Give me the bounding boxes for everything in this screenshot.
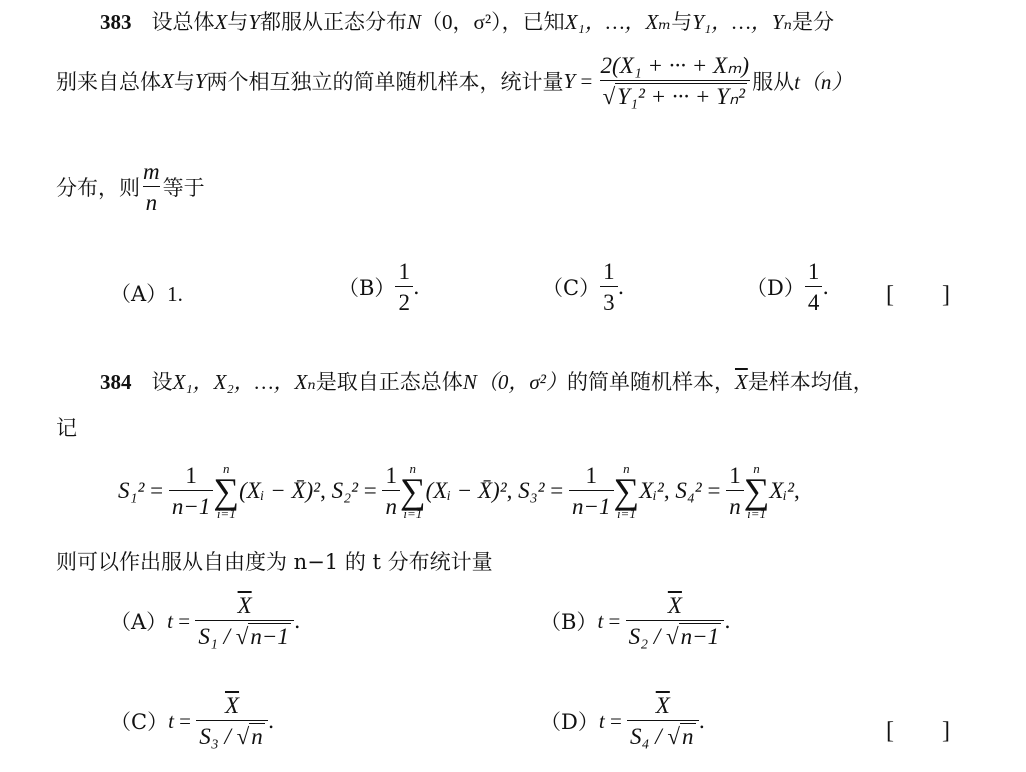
denominator: n−1 [569,490,614,521]
option-value: 1. [167,282,183,306]
fraction: 13 [600,258,618,316]
numerator: 1 [182,462,200,490]
sum-symbol: n∑i=1 [213,462,239,520]
sum-symbol: n∑i=1 [744,462,770,520]
numerator: 1 [805,258,823,286]
denominator: n−1 [169,490,214,521]
option-d-383[interactable]: （D） 14 . [746,258,829,316]
text: 别来自总体 [56,66,161,96]
lower: i=1 [403,507,422,520]
text: 是样本均值， [748,370,874,394]
dist-t: t（n） [794,66,852,96]
denominator: 3 [600,286,618,317]
coef: 1n−1 [569,462,614,520]
answer-bracket-383[interactable]: [ ] [886,274,950,309]
numerator: 1 [583,462,601,490]
radicand: n [249,723,265,749]
denominator: S₂ / √n−1 [626,620,725,651]
s1-squared: S₁² [118,478,144,504]
option-a-384[interactable]: （A） t = XS₁ / √n−1 . [110,592,301,650]
text: 是取自正态总体 [316,370,463,394]
var-y: Y [195,69,207,94]
numerator: X [665,592,685,620]
end-mark: . [413,275,420,299]
summand: Xᵢ² [639,478,664,504]
numerator: 1 [726,462,744,490]
option-b-383[interactable]: （B） 12 . [338,258,420,316]
lower: i=1 [747,507,766,520]
text: 分布，则 [56,172,140,202]
coef: 1n [382,462,400,520]
summand: (Xᵢ − X̄)² [426,478,507,504]
s-var: S₄ [630,724,650,749]
denominator: S₃ / √n [196,720,268,751]
fraction: XS₃ / √n [196,692,268,750]
s-var: S₃ [199,724,219,749]
denominator: 2 [395,286,413,317]
option-d-384[interactable]: （D） t = XS₄ / √n . [540,692,705,750]
radicand: n−1 [248,623,291,649]
problem-384-line2: 记 [56,412,77,442]
text: 设 [152,370,173,394]
distribution: N（0，σ²） [463,370,567,394]
fraction: 14 [805,258,823,316]
fraction: XS₄ / √n [627,692,699,750]
seq-x: X₁，…，Xₘ [565,10,672,34]
sum-symbol: n∑i=1 [400,462,426,520]
problem-384-line1: 384 设X₁，X₂，…，Xₙ是取自正态总体N（0，σ²）的简单随机样本，X是样… [100,366,874,396]
answer-bracket-384[interactable]: [ ] [886,710,950,745]
numerator: X [222,692,242,720]
option-b-384[interactable]: （B） t = XS₂ / √n−1 . [540,592,731,650]
var-x: X [215,10,228,34]
denominator: n [143,186,161,217]
summand: (Xᵢ − X̄)² [239,478,320,504]
fraction: 12 [395,258,413,316]
coef: 1n−1 [169,462,214,520]
s-var: S₂ [629,624,649,649]
text: 是分 [792,10,834,34]
denominator: S₄ / √n [627,720,699,751]
denominator: n [726,490,744,521]
option-label: （D） [746,272,805,302]
stat-var: Y [564,69,576,94]
numerator: 2(X₁ + ··· + Xₘ) [598,52,753,80]
sequence: X₁，X₂，…，Xₙ [173,370,316,394]
lower: i=1 [617,507,636,520]
numerator: X [235,592,255,620]
s2-squared: S₂² [332,478,358,504]
var-y: Y [248,10,260,34]
numerator: 1 [395,258,413,286]
s-var: S₁ [198,624,218,649]
seq-y: Y₁，…，Yₙ [692,10,792,34]
denominator: 4 [805,286,823,317]
statistic-fraction: 2(X₁ + ··· + Xₘ) √Y₁² + ··· + Yₙ² [598,52,753,110]
text: 设总体 [152,10,215,34]
option-label: （A） [110,282,167,306]
option-a-383[interactable]: （A）1. [110,278,183,308]
summand: Xᵢ² [769,478,794,504]
coef: 1n [726,462,744,520]
radicand: Y₁² + ··· + Yₙ² [615,83,747,109]
text: 与 [174,66,195,96]
sum-symbol: n∑i=1 [614,462,640,520]
denominator: n [382,490,400,521]
s4-squared: S₄² [675,478,701,504]
text: 服从 [752,66,794,96]
problem-383-line1: 383 设总体X与Y都服从正态分布N（0，σ²），已知X₁，…，Xₘ与Y₁，…，… [100,6,834,36]
text: 与 [227,10,248,34]
s3-squared: S₃² [518,478,544,504]
end-mark: . [822,275,829,299]
radicand: n [680,723,696,749]
option-label: （A） [110,606,167,636]
radicand: n−1 [679,623,722,649]
numerator: m [140,158,163,186]
text: 都服从正态分布 [260,10,407,34]
denominator: S₁ / √n−1 [195,620,294,651]
numerator: X [653,692,673,720]
dist-n: N [407,10,421,34]
option-c-384[interactable]: （C） t = XS₃ / √n . [110,692,274,750]
option-label: （B） [540,606,597,636]
option-c-383[interactable]: （C） 13 . [542,258,624,316]
option-label: （D） [540,706,599,736]
numerator: 1 [600,258,618,286]
denominator: √Y₁² + ··· + Yₙ² [600,80,750,111]
text: 两个相互独立的简单随机样本，统计量 [207,66,564,96]
text: 等于 [163,172,205,202]
sample-mean: X [735,370,748,394]
fraction: XS₁ / √n−1 [195,592,294,650]
problem-383-line2: 别来自总体 X 与 Y 两个相互独立的简单随机样本，统计量 Y = 2(X₁ +… [56,52,852,110]
end-mark: . [618,275,625,299]
m-over-n: m n [140,158,163,216]
var-x: X [161,69,174,94]
lower: i=1 [217,507,236,520]
numerator: 1 [382,462,400,490]
text: 与 [671,10,692,34]
problem-383-line3: 分布，则 m n 等于 [56,158,205,216]
text: 的简单随机样本， [567,370,735,394]
problem-number: 384 [100,370,132,394]
option-label: （B） [338,272,395,302]
option-label: （C） [542,272,600,302]
option-label: （C） [110,706,168,736]
params: （0，σ²），已知 [421,10,565,34]
definitions-formula: S₁² = 1n−1 n∑i=1 (Xᵢ − X̄)², S₂² = 1n n∑… [118,462,800,520]
problem-number: 383 [100,10,132,34]
problem-384-line3: 则可以作出服从自由度为 n−1 的 t 分布统计量 [56,546,493,576]
fraction: XS₂ / √n−1 [626,592,725,650]
